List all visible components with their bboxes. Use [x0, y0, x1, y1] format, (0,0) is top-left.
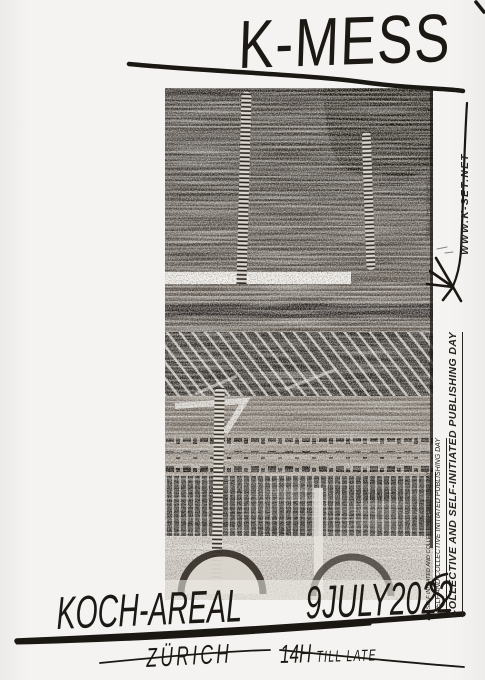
venue: KOCH-AREAL [56, 578, 242, 640]
time-start: 14H [280, 638, 311, 669]
city: ZÜRICH [146, 638, 232, 674]
website-url: WWW.K-SET.NET [460, 153, 471, 255]
poster-artwork [165, 88, 433, 600]
time-suffix: TILL LATE [316, 647, 377, 666]
event-time: 14HTILL LATE [280, 636, 377, 670]
poster-title: K-MESS [237, 0, 452, 84]
event-date: 9 JULY 2022 [305, 569, 453, 629]
venue-date-line: KOCH-AREAL 9 JULY 2022 [56, 569, 454, 640]
corner-tick-mark [476, 2, 484, 12]
margin-note: SMELL THE INK WHILE YOU CAN [426, 148, 432, 238]
poster: K-MESS WWW.K-SET.NET SMELL THE INK WHILE… [0, 0, 485, 680]
note-dashes [437, 247, 453, 253]
